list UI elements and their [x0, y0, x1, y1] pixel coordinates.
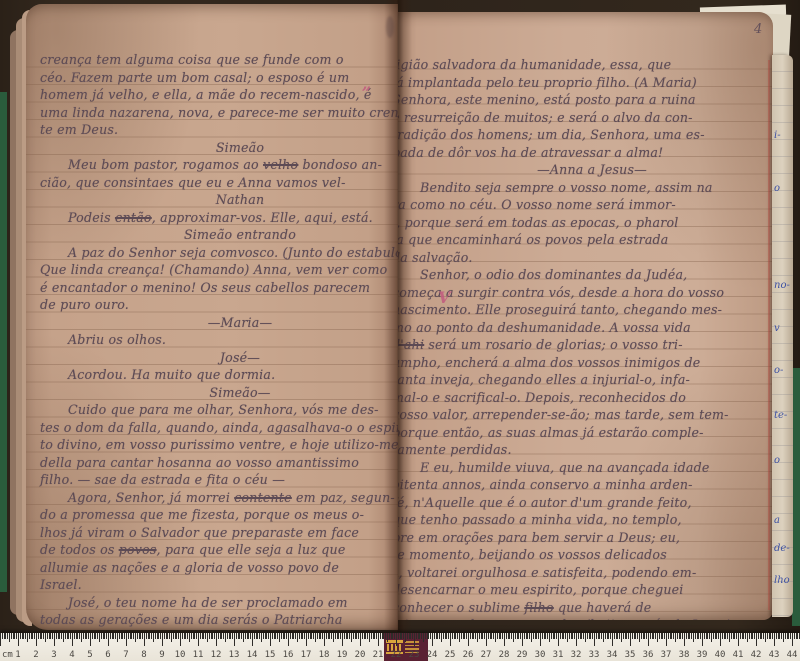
manuscript-line: uma linda nazarena, nova, e parece-me se…: [40, 104, 398, 122]
manuscript-line: que tenho passado a minha vida, no templ…: [398, 511, 773, 529]
green-cloth-left: [0, 92, 7, 592]
manuscript-line: é encantador o menino! Os seus cabellos …: [40, 279, 398, 297]
manuscript-line: A paz do Senhor seja comvosco. (Junto do…: [40, 244, 398, 262]
manuscript-line: Agora, Senhor, já morrei contente em paz…: [40, 489, 398, 507]
manuscript-line: vosso valor, arrepender-se-ão; mas tarde…: [398, 406, 773, 424]
manuscript-line: de todos os povos, para que elle seja a …: [40, 541, 398, 559]
manuscript-line: allumie as nações e a gloria de vosso po…: [40, 559, 398, 577]
manuscript-line: Senhora, este menino, está posto para a …: [398, 91, 773, 109]
manuscript-line: filho. — sae da estrada e fita o céu —: [40, 471, 398, 489]
manuscript-line: Acordou. Ha muito que dormia.: [40, 366, 398, 384]
manuscript-line: ligião salvadora da humanidade, essa, qu…: [398, 56, 773, 74]
manuscript-line: fé, n'Aquelle que é o autor d'um grande …: [398, 494, 773, 512]
manuscript-line: mir o povo de seus peccados (beija os pé…: [398, 616, 773, 620]
manuscript-line: Simeão: [40, 139, 398, 157]
ruler-number: 9: [159, 650, 164, 660]
manuscript-line: mo ao ponto da deshumanidade. A vossa vi…: [398, 319, 773, 337]
ink-smudge: [386, 16, 394, 38]
ruler-number: 26: [463, 650, 474, 660]
ruler-number: 43: [769, 650, 780, 660]
manuscript-line: Cuido que para me olhar, Senhora, vós me…: [40, 401, 398, 419]
left-page: creança tem alguma coisa que se funde co…: [26, 4, 398, 630]
manuscript-line: pada de dôr vos ha de atravessar a alma!: [398, 144, 773, 162]
manuscript-line: todas as gerações e um dia serás o Patri…: [40, 611, 398, 629]
ruler-number: 10: [175, 650, 186, 660]
ruler-number: 24: [427, 650, 438, 660]
manuscript-line: —Maria—: [40, 314, 398, 332]
manuscript-line: Simeão entrando: [40, 226, 398, 244]
ruler-number: 35: [625, 650, 636, 660]
manuscript-line: céo. Fazem parte um bom casal; o esposo …: [40, 69, 398, 87]
margin-text-fragment: no-: [774, 280, 790, 291]
page-edge-line: [768, 60, 770, 610]
margin-text-fragment: lho: [774, 575, 790, 586]
ruler-number: 39: [697, 650, 708, 660]
margin-text-fragment: a: [774, 515, 780, 526]
ruler-number: 14: [247, 650, 258, 660]
ruler-number: 34: [607, 650, 618, 660]
margin-text-fragment: te-: [774, 410, 787, 421]
manuscript-line: lhos já viram o Salvador que preparaste …: [40, 524, 398, 542]
manuscript-line: E eu, humilde viuva, que na avançada ida…: [398, 459, 773, 477]
ruler-number: 31: [553, 650, 564, 660]
manuscript-line: Nathan: [40, 191, 398, 209]
manuscript-line: começa a surgir contra vós, desde a hora…: [398, 284, 773, 302]
manuscript-line: to divino, em vosso purissimo ventre, e …: [40, 436, 398, 454]
manuscript-line: Que linda creança! (Chamando) Anna, vem …: [40, 261, 398, 279]
manuscript-line: tamente perdidas.: [398, 441, 773, 459]
ruler-number: 15: [265, 650, 276, 660]
margin-text-fragment: o: [774, 183, 780, 194]
ruler-number: 41: [733, 650, 744, 660]
manuscript-line: tradição dos homens; um dia, Senhora, um…: [398, 126, 773, 144]
manuscript-line: Meu bom pastor, rogamos ao velho bondoso…: [40, 156, 398, 174]
manuscript-line: s, voltarei orgulhosa e satisfeita, pode…: [398, 564, 773, 582]
manuscript-line: oitenta annos, ainda conservo a minha ar…: [398, 476, 773, 494]
ruler-number: 22: [391, 650, 402, 660]
ruler-number: 8: [141, 650, 146, 660]
manuscript-line: tes o dom da falla, quando, ainda, agasa…: [40, 419, 398, 437]
ruler-number: 40: [715, 650, 726, 660]
manuscript-line: pre em orações para bem servir a Deus; e…: [398, 529, 773, 547]
manuscript-line: mal-o e sacrifical-o. Depois, reconhecid…: [398, 389, 773, 407]
measuring-ruler: cm 1234567891011121314151617181920212223…: [0, 633, 800, 661]
ruler-number: 33: [589, 650, 600, 660]
manuscript-line: tanta inveja, chegando elles a injurial-…: [398, 371, 773, 389]
manuscript-line: creança tem alguma coisa que se funde co…: [40, 51, 398, 69]
manuscript-line: porque então, as suas almas já estarão c…: [398, 424, 773, 442]
manuscript-line: e resurreição de muitos; e será o alvo d…: [398, 109, 773, 127]
manuscript-line: cião, que consintaes que eu e Anna vamos…: [40, 174, 398, 192]
manuscript-line: Bendito seja sempre o vosso nome, assim …: [398, 179, 773, 197]
right-page-text: ligião salvadora da humanidade, essa, qu…: [398, 56, 773, 620]
manuscript-line: já implantada pelo teu proprio filho. (A…: [398, 74, 773, 92]
pink-check-mark: „: [362, 74, 371, 93]
ruler-number: 1: [15, 650, 20, 660]
ruler-number: 25: [445, 650, 456, 660]
ruler-number: 18: [319, 650, 330, 660]
ruler-number: 5: [87, 650, 92, 660]
ruler-number: 17: [301, 650, 312, 660]
ruler-number: 20: [355, 650, 366, 660]
ruler-number: 3: [51, 650, 56, 660]
ruler-number: 7: [123, 650, 128, 660]
margin-text-fragment: o: [774, 455, 780, 466]
manuscript-line: Israel.: [40, 576, 398, 594]
manuscript-line: conhecer o sublime filho que haverá de: [398, 599, 773, 617]
ruler-number: 30: [535, 650, 546, 660]
margin-text-fragment: o-: [774, 365, 783, 376]
manuscript-line: José, o teu nome ha de ser proclamado em: [40, 594, 398, 612]
ruler-number: 19: [337, 650, 348, 660]
ruler-number: 11: [193, 650, 204, 660]
manuscript-line: te momento, beijando os vossos delicados: [398, 546, 773, 564]
manuscript-line: da salvação.: [398, 249, 773, 267]
ruler-number: 27: [481, 650, 492, 660]
manuscript-line: José—: [40, 349, 398, 367]
ruler-number: 2: [33, 650, 38, 660]
manuscript-line: Podeis então, approximar-vos. Elle, aqui…: [40, 209, 398, 227]
ruler-number: 37: [661, 650, 672, 660]
left-page-text: creança tem alguma coisa que se funde co…: [40, 51, 398, 629]
manuscript-photo: creança tem alguma coisa que se funde co…: [0, 0, 800, 661]
ruler-number: 29: [517, 650, 528, 660]
margin-text-fragment: de-: [774, 543, 790, 554]
margin-text-fragment: v: [774, 323, 780, 334]
ruler-number: 28: [499, 650, 510, 660]
manuscript-line: ia que encaminhará os povos pela estrada: [398, 231, 773, 249]
manuscript-line: do a promessa que me fizesta, porque os …: [40, 506, 398, 524]
ruler-unit-label: cm: [2, 650, 13, 660]
manuscript-line: desencarnar o meu espirito, porque chegu…: [398, 581, 773, 599]
manuscript-line: nascimento. Elle proseguirá tanto, chega…: [398, 301, 773, 319]
green-cloth-right: [792, 368, 800, 626]
manuscript-line: della para cantar hosanna ao vosso amant…: [40, 454, 398, 472]
right-page: ligião salvadora da humanidade, essa, qu…: [398, 12, 773, 620]
manuscript-line: homem já velho, e ella, a mãe do recem-n…: [40, 86, 398, 104]
manuscript-line: de puro ouro.: [40, 296, 398, 314]
ruler-number: 32: [571, 650, 582, 660]
ruler-number: 36: [643, 650, 654, 660]
ruler-number: 12: [211, 650, 222, 660]
ruler-number: 23: [409, 650, 420, 660]
ruler-number: 16: [283, 650, 294, 660]
ruler-number: 42: [751, 650, 762, 660]
manuscript-line: Senhor, o odio dos dominantes da Judéa,: [398, 266, 773, 284]
ruler-number: 21: [373, 650, 384, 660]
pink-check-mark: V: [438, 288, 450, 307]
ruler-number: 38: [679, 650, 690, 660]
ruler-number: 6: [105, 650, 110, 660]
margin-text-fragment: i-: [774, 130, 781, 141]
ruler-number: 13: [229, 650, 240, 660]
ruler-number: 4: [69, 650, 74, 660]
manuscript-line: ra como no céu. O vosso nome será immor-: [398, 196, 773, 214]
page-number: 4: [754, 22, 762, 37]
manuscript-line: Abriu os olhos.: [40, 331, 398, 349]
manuscript-line: l, porque será em todas as epocas, o pha…: [398, 214, 773, 232]
manuscript-line: —Anna a Jesus—: [398, 161, 773, 179]
manuscript-line: d'ahi será um rosario de glorias; o voss…: [398, 336, 773, 354]
next-page-edge: i-ono-vo-te-oade-lho: [772, 55, 793, 617]
manuscript-line: umpho, encherá a alma dos vossos inimigo…: [398, 354, 773, 372]
manuscript-line: Simeão—: [40, 384, 398, 402]
manuscript-line: te em Deus.: [40, 121, 398, 139]
ruler-number: 44: [787, 650, 798, 660]
